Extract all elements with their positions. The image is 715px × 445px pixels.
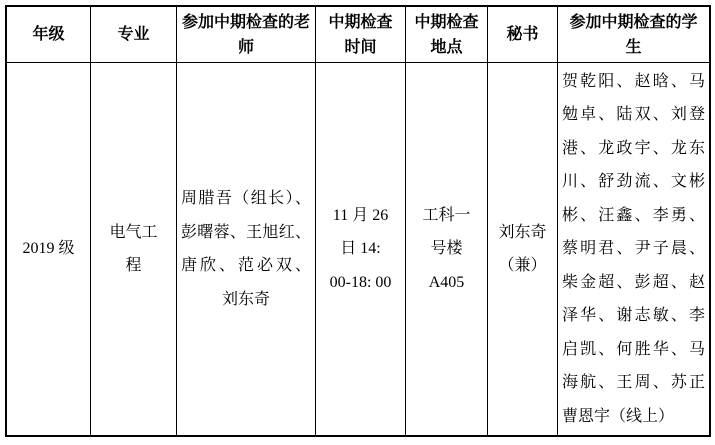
text-line: 参加中期检查的老 [181,10,311,35]
header-cell-major: 专业 [90,7,176,62]
header-cell-grade: 年级 [7,7,90,62]
text-line: 2019 级 [11,232,86,266]
text-line: 参加中期检查的学 [562,10,705,35]
text-line: 曹恩宇（线上） [562,400,705,434]
text-line: 中期检查 [410,10,483,35]
text-line: 海航、王周、苏正 [562,366,705,400]
text-line: 年级 [11,22,86,47]
cell-teachers: 周腊吾（组长）、彭曙蓉、王旭红、唐欣、范必双、刘东奇 [176,62,315,435]
cell-location: 工科一号楼A405 [405,62,487,435]
text-line: 彭曙蓉、王旭红、 [181,216,311,250]
header-cell-secretary: 秘书 [487,7,557,62]
text-line: 彬、汪鑫、李勇、 [562,199,705,233]
header-cell-time: 中期检查时间 [315,7,405,62]
text-line: 程 [95,249,172,283]
text-line: 生 [562,35,705,60]
text-line: （兼） [492,249,553,283]
text-line: 贺乾阳、赵晗、马 [562,65,705,99]
text-line: 日 14: [320,232,401,266]
text-line: 00-18: 00 [320,266,401,300]
text-line: 泽华、谢志敏、李 [562,299,705,333]
text-line: 电气工 [95,216,172,250]
text-line: 川、舒劲流、文彬 [562,165,705,199]
text-line: 中期检查 [320,10,401,35]
cell-major: 电气工程 [90,62,176,435]
text-line: 时间 [320,35,401,60]
text-line: 地点 [410,35,483,60]
text-line: 专业 [95,22,172,47]
header-cell-teachers: 参加中期检查的老师 [176,7,315,62]
text-line: 唐欣、范必双、 [181,249,311,283]
text-line: 港、龙政宇、龙东 [562,132,705,166]
text-line: 师 [181,35,311,60]
text-line: 勉卓、陆双、刘登 [562,98,705,132]
text-line: 柴金超、彭超、赵 [562,266,705,300]
header-cell-location: 中期检查地点 [405,7,487,62]
cell-secretary: 刘东奇（兼） [487,62,557,435]
cell-grade: 2019 级 [7,62,90,435]
midterm-inspection-table: 年级 专业 参加中期检查的老师 中期检查时间 中期检查地点 秘书 参加中期检查的… [5,5,711,437]
text-line: 刘东奇 [492,216,553,250]
text-line: 蔡明君、尹子晨、 [562,232,705,266]
text-line: 刘东奇 [181,283,311,317]
text-line: 启凯、何胜华、马 [562,333,705,367]
text-line: 工科一 [410,199,483,233]
text-line: A405 [410,266,483,300]
text-line: 号楼 [410,232,483,266]
cell-time: 11 月 26日 14:00-18: 00 [315,62,405,435]
text-line: 11 月 26 [320,199,401,233]
cell-students: 贺乾阳、赵晗、马勉卓、陆双、刘登港、龙政宇、龙东川、舒劲流、文彬彬、汪鑫、李勇、… [557,62,709,435]
header-cell-students: 参加中期检查的学生 [557,7,709,62]
text-line: 秘书 [492,22,553,47]
text-line: 周腊吾（组长）、 [181,182,311,216]
